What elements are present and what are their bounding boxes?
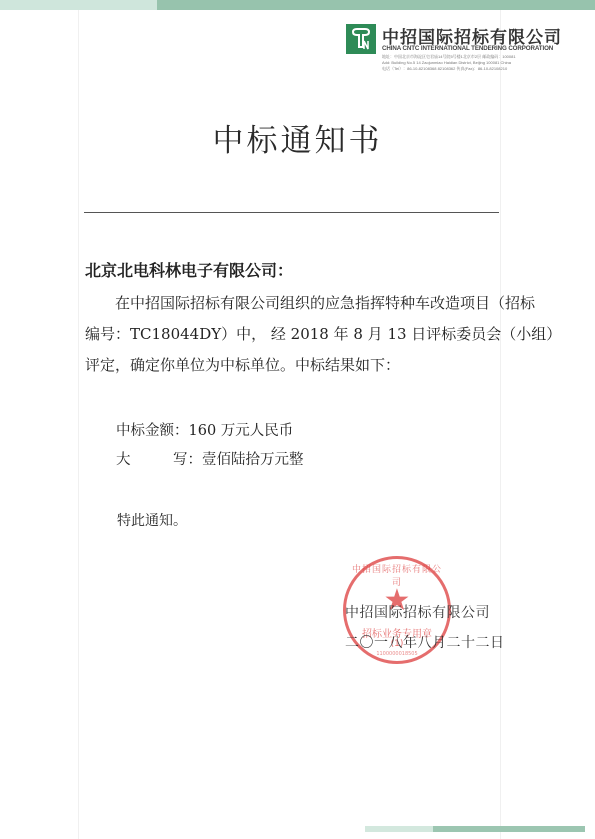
company-name-en: CHINA CNTC INTERNATIONAL TENDERING CORPO… <box>382 45 553 52</box>
strip-dark-segment <box>157 0 595 10</box>
amount-row: 中标金额：160 万元人民币 <box>116 417 304 446</box>
amount-value: 160 万元人民币 <box>189 423 294 439</box>
capital-label-part1: 大 <box>116 446 173 475</box>
strip-dark-segment <box>433 826 585 832</box>
phone-fax: 电话（Tel）：86-10-82108368 82108362 传真(Fax)：… <box>382 66 507 72</box>
address-en: Add: Building No.5 14 Zaojunmiao Haidian… <box>382 60 511 65</box>
body-line: 编号：TC18044DY）中， 经 2018 年 8 月 13 日评标委员会（小… <box>85 319 505 350</box>
strip-light-segment <box>0 0 157 10</box>
bottom-decorative-strip <box>365 826 585 832</box>
capital-row: 大写：壹佰陆拾万元整 <box>116 446 304 475</box>
letterhead: 中招国际招标有限公司 CHINA CNTC INTERNATIONAL TEND… <box>346 24 576 72</box>
capital-label-part2: 写： <box>173 452 202 468</box>
body-line: 在中招国际招标有限公司组织的应急指挥特种车改造项目（招标 <box>85 288 505 319</box>
title-divider <box>84 212 499 213</box>
cntc-logo-icon <box>346 24 376 54</box>
strip-light-segment <box>365 826 433 832</box>
bid-result: 中标金额：160 万元人民币 大写：壹佰陆拾万元整 <box>116 417 304 475</box>
amount-label: 中标金额： <box>116 423 189 439</box>
body-line: 评定，确定你单位为中标单位。中标结果如下： <box>85 350 505 381</box>
closing-remark: 特此通知。 <box>117 510 187 530</box>
top-decorative-strip <box>0 0 595 10</box>
capital-value: 壹佰陆拾万元整 <box>202 452 304 468</box>
body-paragraph: 在中招国际招标有限公司组织的应急指挥特种车改造项目（招标 编号：TC18044D… <box>85 288 505 381</box>
signature-organization: 中招国际招标有限公司 <box>345 602 490 622</box>
signature-date: 二〇一八年八月二十二日 <box>345 632 505 652</box>
addressee: 北京北电科林电子有限公司： <box>85 258 293 281</box>
document-title: 中标通知书 <box>0 115 595 160</box>
